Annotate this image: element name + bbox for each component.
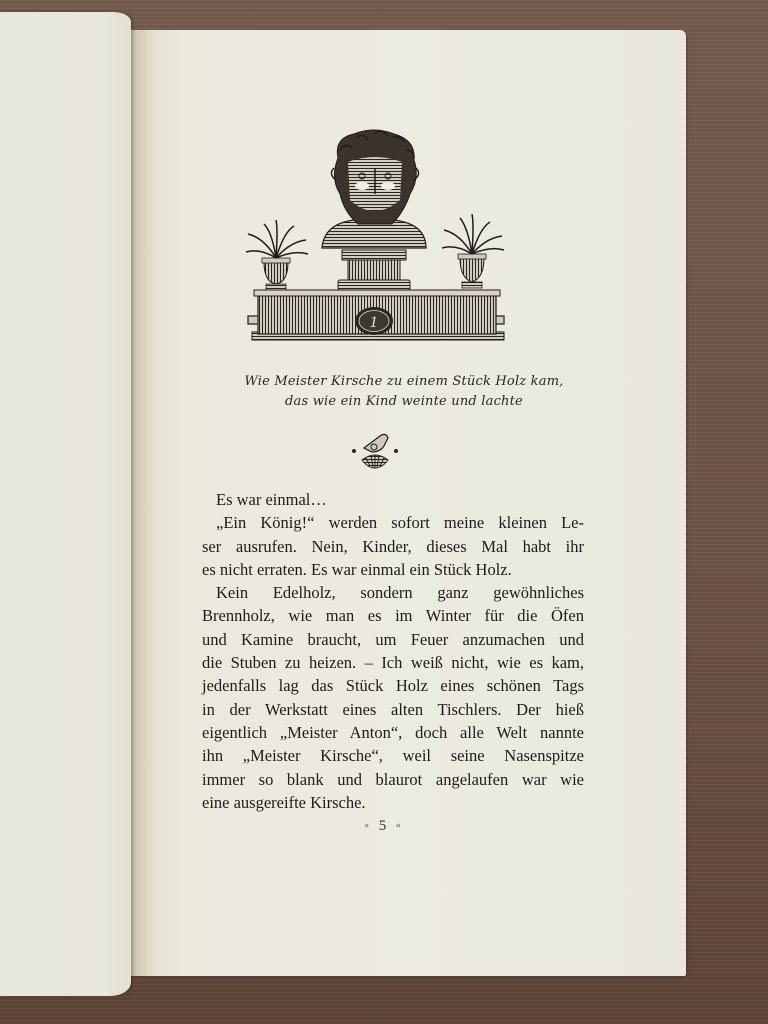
text-line: die Stuben zu heizen. – Ich weiß nicht, … — [202, 651, 584, 674]
text-line: jedenfalls lag das Stück Holz eines schö… — [202, 674, 584, 697]
left-page-blank — [0, 12, 131, 996]
left-potted-plant — [246, 220, 308, 290]
right-potted-plant — [442, 214, 504, 288]
page-number-value: 5 — [379, 818, 390, 834]
text-line: Es war einmal… — [202, 488, 584, 511]
text-line: Kein Edelholz, sondern ganz gewöhnliches — [202, 581, 584, 604]
chapter-illustration-bust-icon: 1 — [234, 128, 518, 348]
text-line: eigentlich „Meister Anton“, doch alle We… — [202, 721, 584, 744]
page-number: » 5 « — [354, 818, 414, 835]
right-page: 1 — [124, 30, 686, 976]
page-number-right-ornament: « — [396, 820, 404, 830]
svg-text:1: 1 — [370, 315, 379, 331]
text-line: und Kamine braucht, um Feuer anzumachen … — [202, 628, 584, 651]
jester-vignette-icon — [350, 428, 400, 474]
text-line: ser ausrufen. Nein, Kinder, dieses Mal h… — [202, 535, 584, 558]
text-line: eine ausgereifte Kirsche. — [202, 791, 584, 814]
text-line: es nicht erraten. Es war einmal ein Stüc… — [202, 558, 584, 581]
text-line: immer so blank und blaurot angelaufen wa… — [202, 768, 584, 791]
text-line: Brennholz, wie man es im Winter für die … — [202, 604, 584, 627]
story-body-text: Es war einmal… „Ein König!“ werden sofor… — [202, 488, 584, 814]
page-number-left-ornament: » — [365, 820, 373, 830]
text-line: „Ein König!“ werden sofort meine kleinen… — [202, 511, 584, 534]
chapter-title-line-1: Wie Meister Kirsche zu einem Stück Holz … — [194, 372, 614, 392]
text-line: ihn „Meister Kirsche“, weil seine Nasens… — [202, 744, 584, 767]
chapter-title-line-2: das wie ein Kind weinte und lachte — [194, 392, 614, 412]
chapter-title: Wie Meister Kirsche zu einem Stück Holz … — [194, 372, 614, 412]
text-line: in der Werkstatt eines alten Tischlers. … — [202, 698, 584, 721]
